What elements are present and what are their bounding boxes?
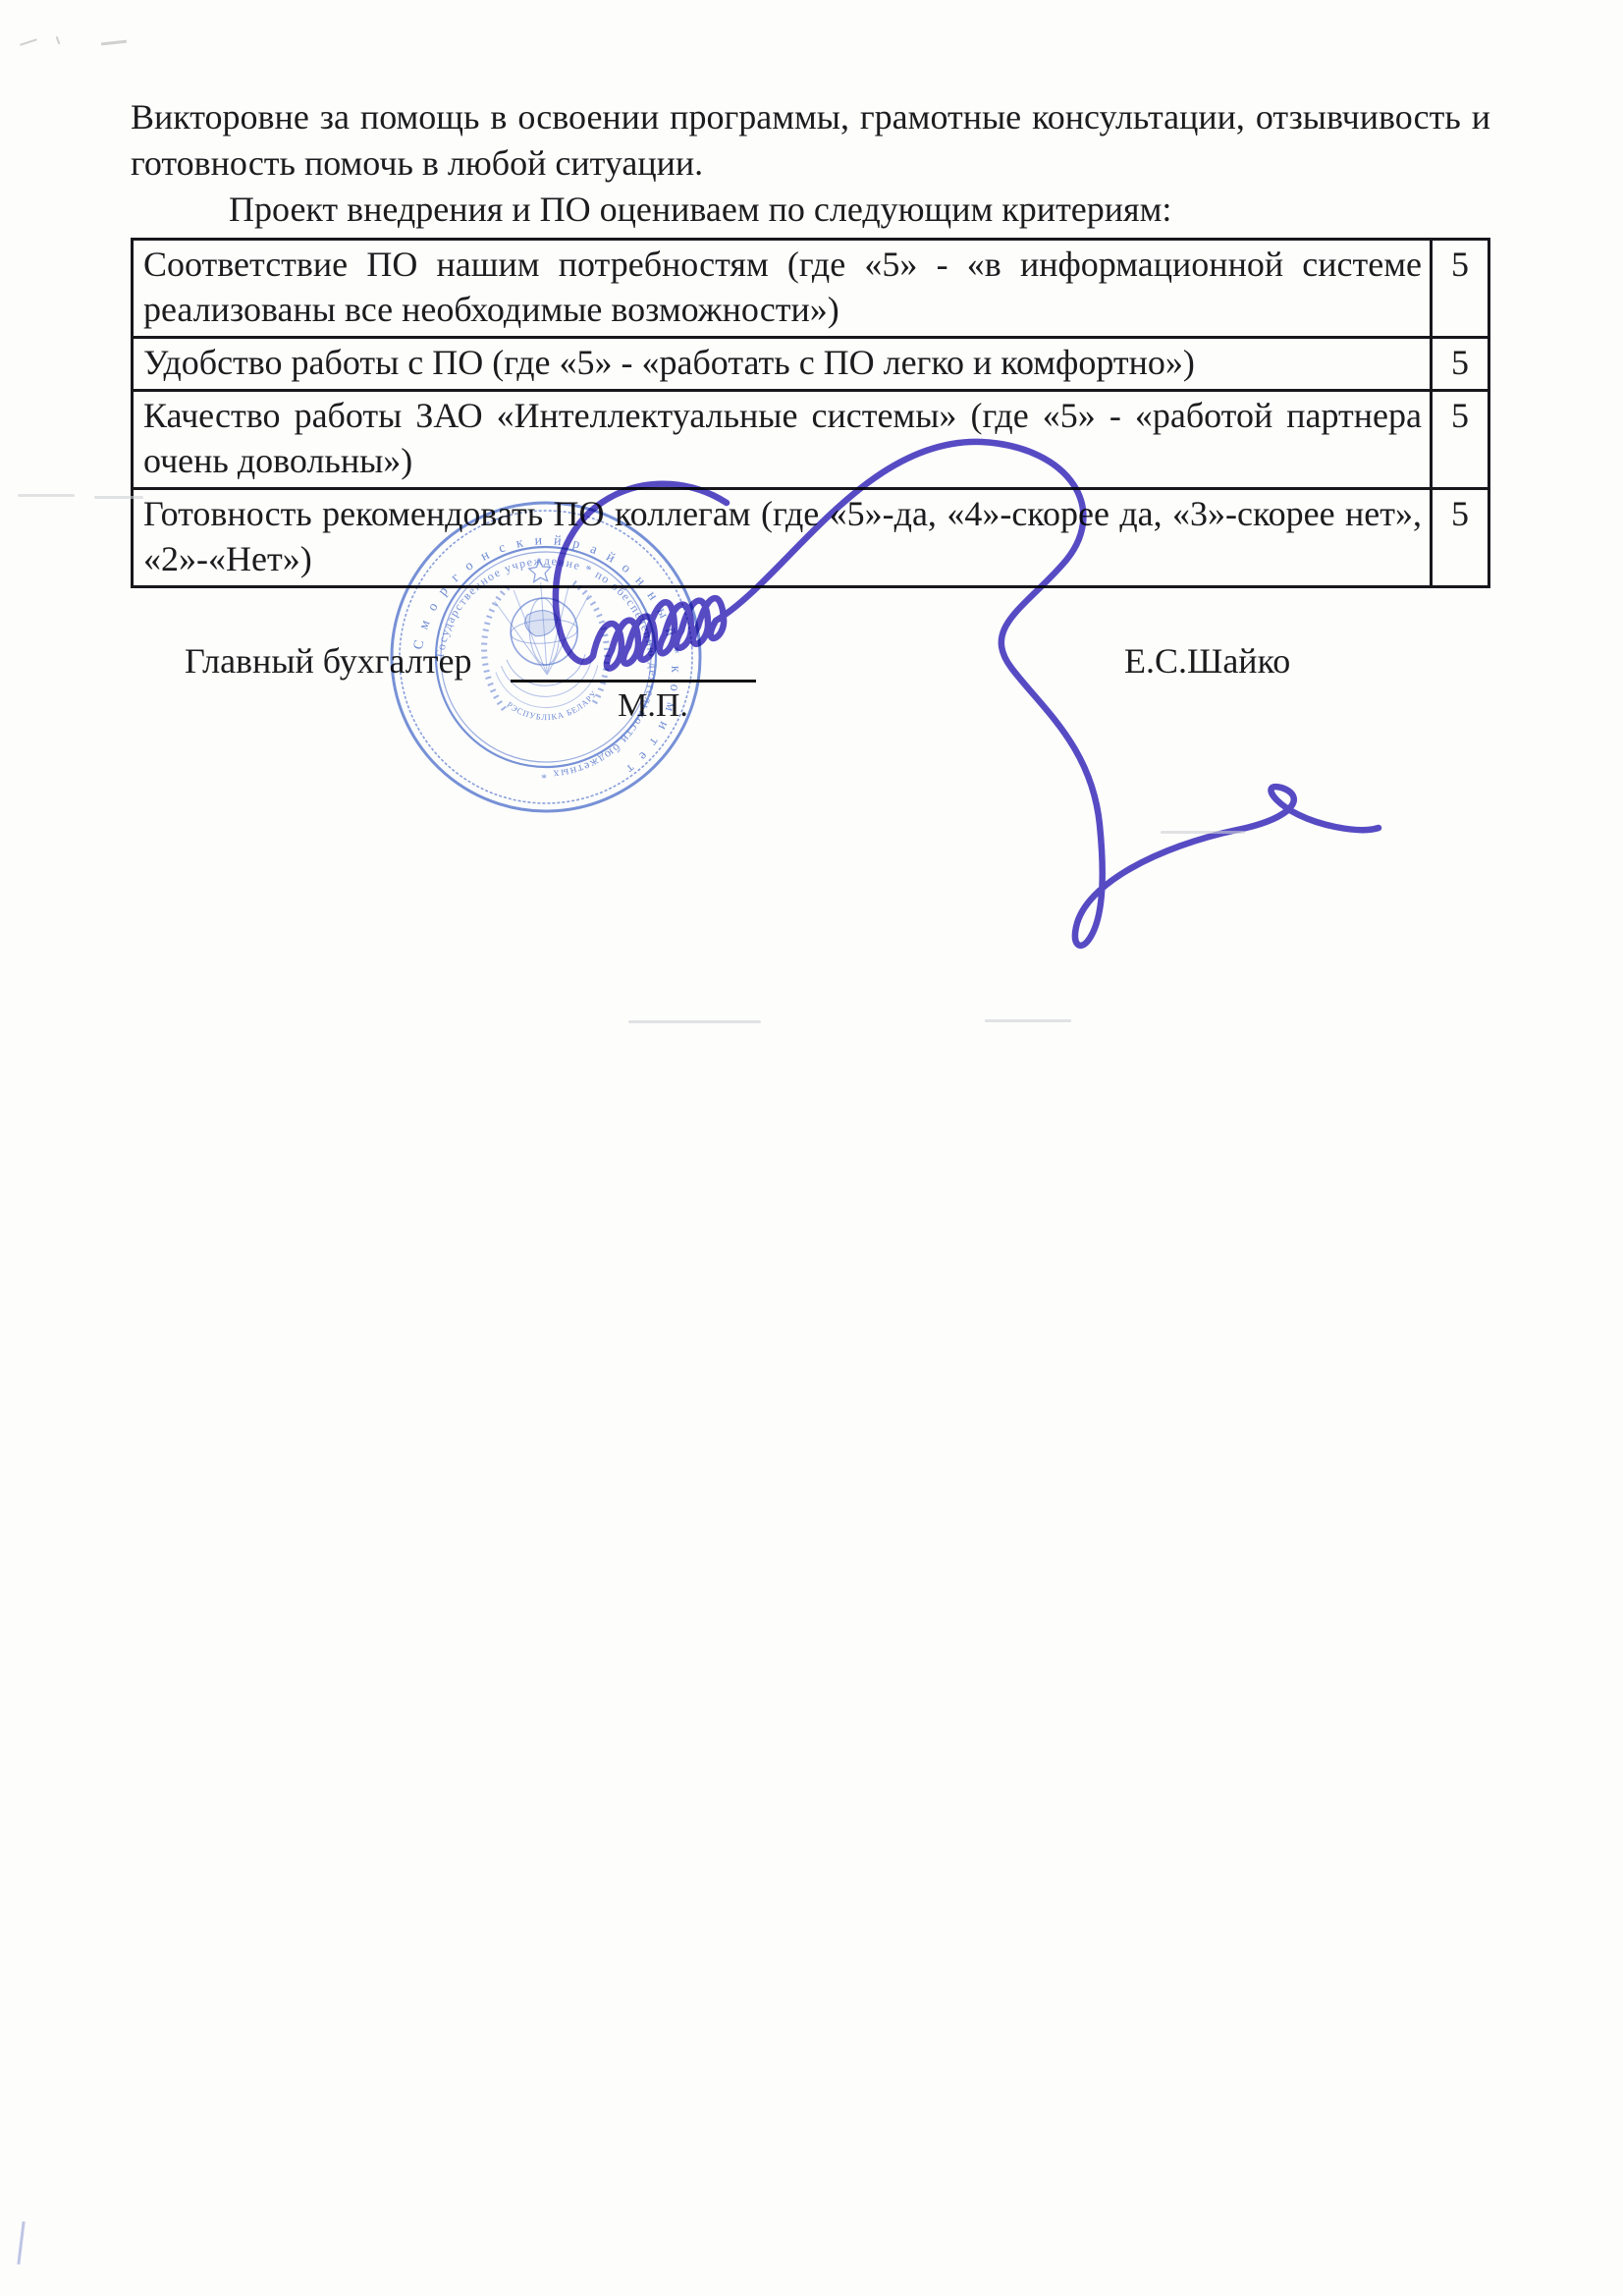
signature-ink-graphic [471, 422, 1414, 992]
criterion-cell: Удобство работы с ПО (где «5» - «работат… [133, 338, 1432, 391]
pencil-mark [101, 40, 127, 46]
scan-artifact [94, 496, 143, 499]
scan-artifact [18, 494, 75, 497]
score-cell: 5 [1432, 338, 1489, 391]
scan-artifact [628, 1020, 761, 1023]
scan-artifact [1161, 831, 1245, 834]
criterion-cell: Соответствие ПО нашим потребностям (где … [133, 240, 1432, 338]
score-cell: 5 [1432, 240, 1489, 338]
scan-artifact-blue-tick [17, 2221, 25, 2265]
pencil-mark [56, 36, 61, 44]
table-row: Соответствие ПО нашим потребностям (где … [133, 240, 1489, 338]
paragraph-criteria-intro: Проект внедрения и ПО оцениваем по следу… [131, 187, 1490, 233]
scanned-document-page: Викторовне за помощь в освоении программ… [0, 0, 1623, 2296]
score-cell: 5 [1432, 391, 1489, 489]
table-row: Удобство работы с ПО (где «5» - «работат… [133, 338, 1489, 391]
pencil-mark [20, 38, 37, 45]
handwritten-signature [471, 422, 1414, 997]
paragraph-acknowledgement: Викторовне за помощь в освоении программ… [131, 94, 1490, 187]
scan-artifact [985, 1019, 1071, 1022]
score-cell: 5 [1432, 489, 1489, 587]
